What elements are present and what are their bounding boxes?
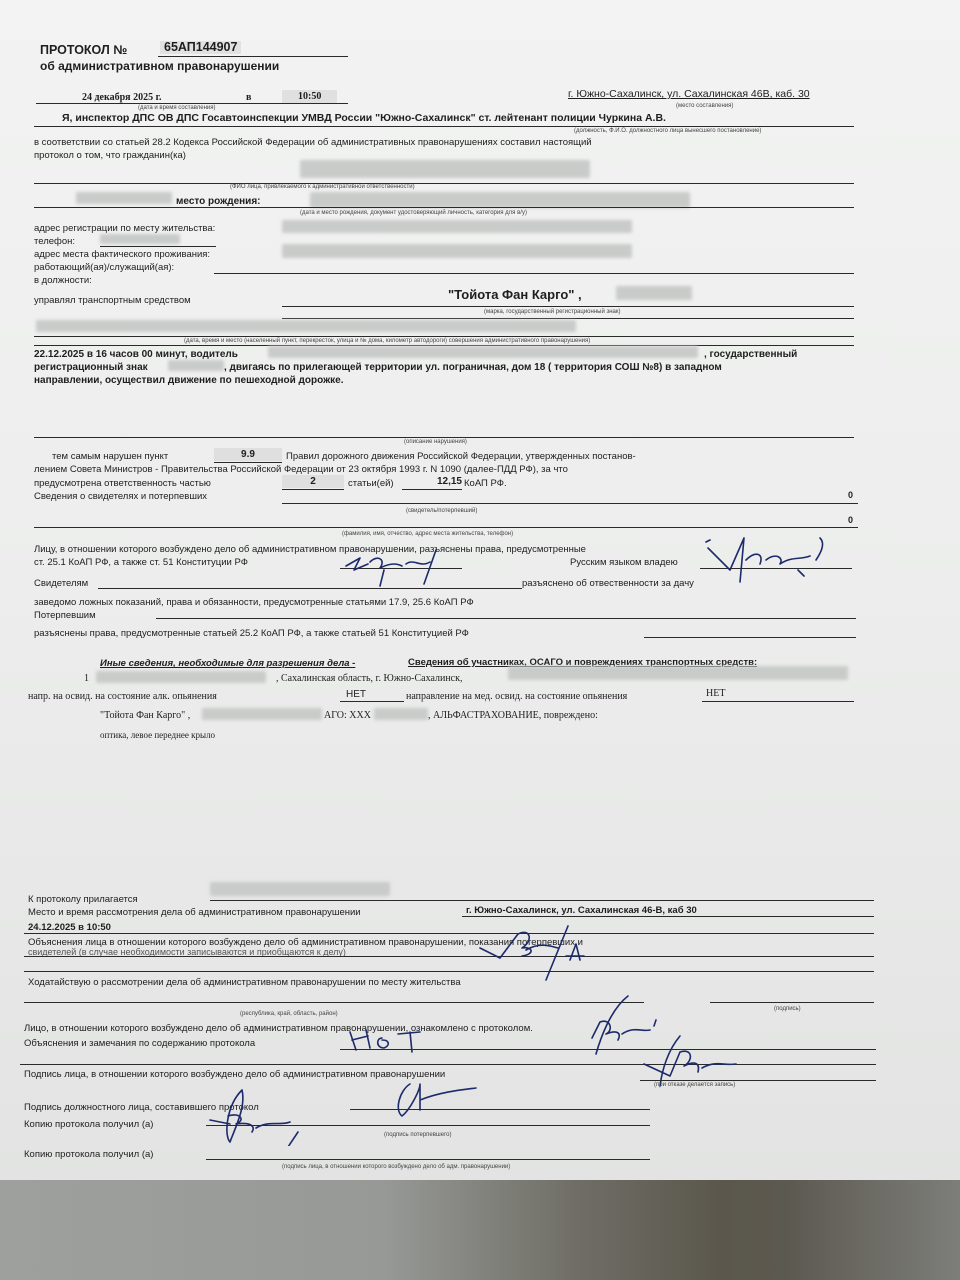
signature-caption: (подпись): [774, 1006, 801, 1013]
alcohol-value: НЕТ: [346, 688, 366, 701]
background-surface: [0, 1180, 960, 1280]
point-label: тем самым нарушен пункт: [52, 450, 168, 463]
code-label: КоАП РФ.: [464, 477, 507, 490]
date-underline: [36, 103, 348, 104]
participant-address: , Сахалинская область, г. Южно-Сахалинск…: [276, 672, 462, 685]
vehicle-value: "Тойота Фан Карго" ,: [448, 288, 582, 301]
redacted-place: [36, 320, 576, 332]
number-underline: [158, 56, 348, 57]
violation-line-1-end: , государственный: [704, 348, 797, 361]
witness-caption: (свидетель/потерпевший): [406, 508, 477, 515]
place-caption: (место составления): [676, 103, 733, 110]
fio-caption: (ФИО лица, привлекаемого к административ…: [230, 184, 415, 191]
officer-underline: [34, 126, 854, 127]
article-label: статьи(ей): [348, 477, 394, 490]
redacted-driver: [268, 346, 698, 358]
review-datetime-underline: [24, 933, 874, 934]
place-underline: [34, 336, 854, 337]
osago-number: АГО: ХХХ: [324, 709, 371, 722]
copy-received-label-1: Копию протокола получил (а): [24, 1118, 153, 1131]
region-caption: (республика, край, область, район): [240, 1011, 338, 1018]
region-underline: [24, 1002, 644, 1003]
redacted-birthplace: [310, 192, 690, 208]
redacted-actual-address: [282, 244, 632, 258]
violation-line-3: направлении, осуществил движение по пеше…: [34, 374, 344, 387]
redacted-participant-address: [508, 666, 848, 680]
explanations-signature-icon: [460, 920, 590, 990]
alcohol-label: напр. на освид. на состояние алк. опьяне…: [28, 690, 217, 703]
protocol-subtitle: об административном правонарушении: [40, 60, 279, 73]
victim-caption: (фамилия, имя, отчество, адрес места жит…: [342, 531, 513, 538]
rule-article: 12,15: [402, 475, 462, 488]
redacted-attached: [210, 882, 390, 896]
explanations-underline: [24, 956, 874, 957]
petition-top-line: [24, 971, 874, 972]
officer-line: Я, инспектор ДПС ОВ ДПС Госавтоинспекции…: [62, 112, 666, 125]
violation-underline: [34, 437, 854, 438]
person-signature-icon: [340, 540, 460, 590]
victim-underline: [34, 527, 858, 528]
redacted-reg-address: [282, 220, 632, 233]
vehicle-line: "Тойота Фан Карго" ,: [100, 709, 190, 722]
phone-label: телефон:: [34, 235, 75, 248]
medical-label: направление на мед. освид. на состояние …: [406, 690, 627, 703]
witnesses-explained: разъяснено об отвественности за дачу: [522, 577, 694, 590]
person-sig-caption: (подпись лица, в отношении которого возб…: [282, 1164, 510, 1171]
employer-label: работающий(ая)/служащий(ая):: [34, 261, 174, 274]
remarks-net-handwriting-icon: [340, 1026, 440, 1056]
victims-explained: разъяснены права, предусмотренные статье…: [34, 627, 469, 640]
protocol-place: г. Южно-Сахалинск, ул. Сахалинская 46В, …: [568, 88, 810, 101]
participant-number: 1: [84, 672, 89, 685]
protocol-time: 10:50: [282, 90, 337, 103]
article-underline: [402, 489, 462, 490]
attached-label: К протоколу прилагается: [28, 893, 138, 906]
witnesses-label: Сведения о свидетелях и потерпевших: [34, 490, 207, 503]
witnesses-rights-label: Свидетелям: [34, 577, 88, 590]
medical-underline: [702, 701, 854, 702]
part-underline: [282, 489, 344, 490]
violation-caption: (описание нарушения): [404, 439, 467, 446]
insurer: , АЛЬФАСТРАХОВАНИЕ, повреждено:: [428, 709, 598, 722]
russian-signature-icon: [700, 530, 850, 586]
alcohol-underline: [340, 701, 404, 702]
actual-address-label: адрес места фактического проживания:: [34, 248, 210, 261]
protocol-number: 65АП144907: [160, 41, 241, 54]
redacted-reg-plate: [168, 360, 224, 371]
victims-underline: [156, 618, 856, 619]
vehicle-caption: (марка, государственный регистрационный …: [484, 309, 621, 316]
review-label: Место и время рассмотрения дела об админ…: [28, 906, 361, 919]
phone-underline: [100, 246, 216, 247]
redacted-osago: [374, 708, 428, 720]
victims-label: Потерпевшим: [34, 609, 96, 622]
victim-value: 0: [848, 514, 853, 527]
refusal-caption: (при отказе делается запись): [654, 1082, 735, 1089]
medical-value: НЕТ: [706, 687, 725, 700]
intro-line-2: протокол о том, что гражданин(ка): [34, 149, 186, 162]
part-label: предусмотрена ответственность частью: [34, 477, 211, 490]
vehicle-label: управлял транспортным средством: [34, 294, 191, 307]
victim-sign-line: [206, 1125, 650, 1126]
other-info-label: Иные сведения, необходимые для разрешени…: [100, 657, 355, 670]
vehicle-underline-2: [282, 318, 854, 319]
violation-line-2: регистрационный знак: [34, 361, 148, 374]
acquainted-text: Лицо, в отношении которого возбуждено де…: [24, 1022, 533, 1035]
redacted-birthdate: [76, 192, 172, 204]
redacted-vehicle: [202, 708, 322, 720]
protocol-page: [0, 0, 960, 1190]
remarks-underline: [340, 1049, 876, 1050]
witness-underline: [282, 503, 858, 504]
date-caption: (дата и время составления): [138, 105, 216, 112]
russian-label: Русским языком владею: [570, 556, 678, 569]
vehicle-underline: [282, 306, 854, 307]
violation-line-2-end: , двигаясь по прилегающей территории ул.…: [224, 361, 722, 374]
witness-value: 0: [848, 489, 853, 502]
attached-underline: [210, 900, 874, 901]
rules-text: Правил дорожного движения Российской Фед…: [286, 450, 636, 463]
person-final-signature-icon: [640, 1030, 750, 1090]
intro-line-1: в соответствии со статьей 28.2 Кодекса Р…: [34, 136, 592, 149]
redacted-fio: [300, 160, 590, 178]
rights-line-1: Лицу, в отношении которого возбуждено де…: [34, 543, 586, 556]
false-testimony-text: заведомо ложных показаний, права и обяза…: [34, 596, 474, 609]
copy-received-label-2: Копию протокола получил (а): [24, 1148, 153, 1161]
damage-description: оптика, левое переднее крыло: [100, 729, 215, 742]
petition-signature-line: [710, 1002, 874, 1003]
place-caption: (дата, время и место (населенный пункт, …: [184, 338, 590, 345]
person-sign-line: [640, 1080, 876, 1081]
rights-line-2: ст. 25.1 КоАП РФ, а также ст. 51 Констит…: [34, 556, 248, 569]
protocol-title: ПРОТОКОЛ №: [40, 44, 127, 57]
rule-point: 9.9: [214, 448, 282, 461]
employer-underline: [214, 273, 854, 274]
redacted-plate: [616, 286, 692, 300]
copy-signature-icon: [206, 1086, 316, 1146]
position-label: в должности:: [34, 274, 92, 287]
victim-sig-caption: (подпись потерпевшего): [384, 1132, 451, 1139]
redacted-phone: [100, 234, 180, 244]
officer-caption: (должность, Ф.И.О. должностного лица вын…: [574, 128, 761, 135]
rule-part: 2: [282, 475, 344, 488]
fio-underline: [34, 183, 854, 184]
remarks-label: Объяснения и замечания по содержанию про…: [24, 1037, 255, 1050]
explanations-line-2: свидетелей (в случае необходимости запис…: [28, 946, 346, 959]
officer-signature-icon: [380, 1080, 490, 1120]
witnesses-underline: [98, 588, 522, 589]
victims-signature-line: [644, 637, 856, 638]
redacted-participant: [96, 671, 266, 683]
birth-caption: (дата и место рождения, документ удостов…: [300, 210, 527, 217]
petition-label: Ходатайствую о рассмотрении дела об адми…: [28, 976, 461, 989]
review-place-underline: [462, 916, 874, 917]
birthplace-underline: [34, 207, 854, 208]
person-copy-sign-line: [206, 1159, 650, 1160]
